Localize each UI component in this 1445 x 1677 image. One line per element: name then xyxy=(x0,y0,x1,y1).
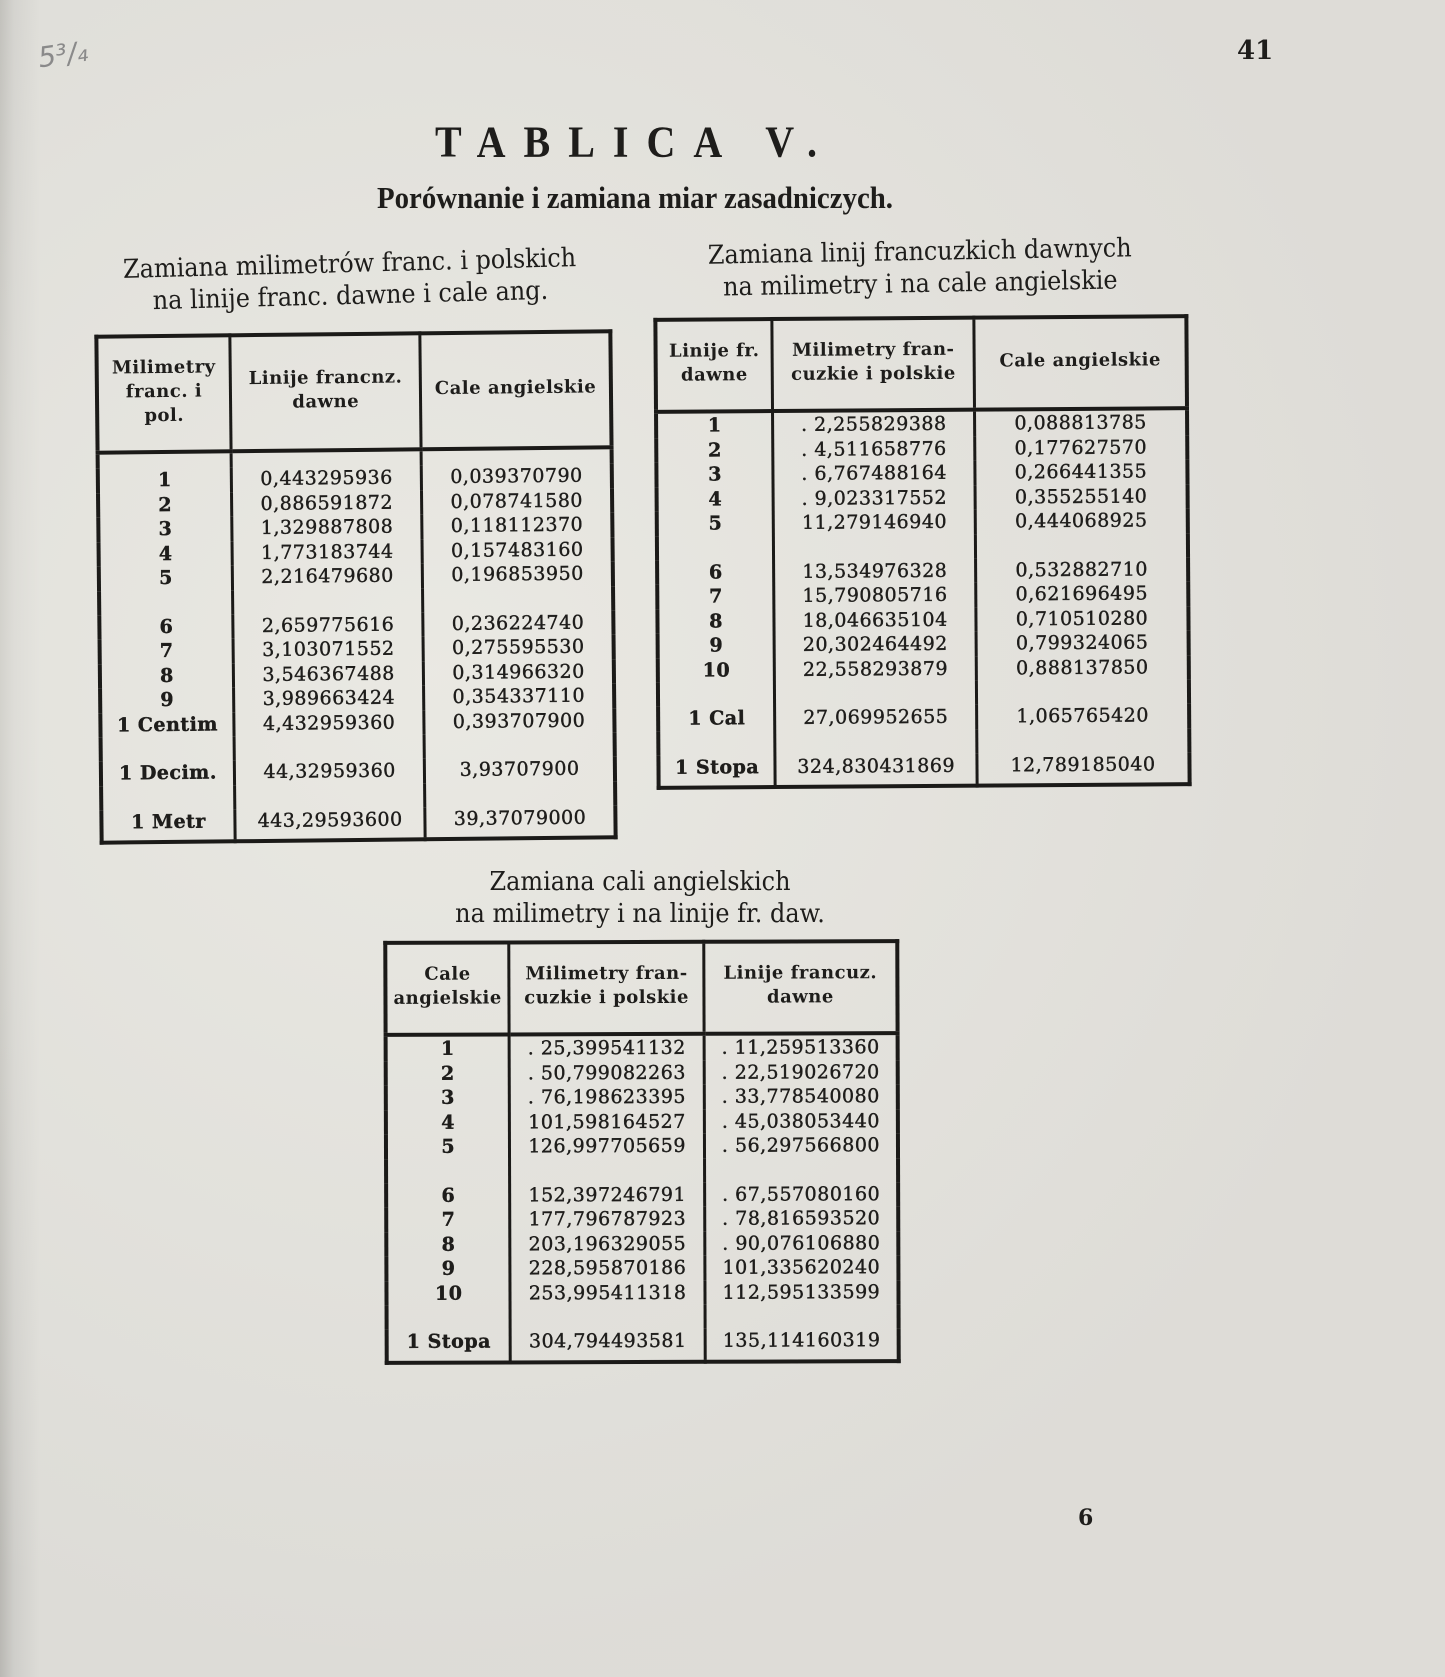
cell: 7 xyxy=(100,638,234,664)
cell: 27,069952655 xyxy=(775,705,977,731)
cell: 177,796787923 xyxy=(510,1207,705,1232)
cell: 126,997705659 xyxy=(510,1134,705,1159)
table-row: 6152,397246791. 67,557080160 xyxy=(386,1182,898,1208)
cell: 4 xyxy=(99,541,233,567)
column-header: Linije francuz. dawne xyxy=(704,941,898,1034)
cell: 0,118112370 xyxy=(422,512,612,538)
cell: 0,354337110 xyxy=(424,683,614,709)
cell: . 4,511658776 xyxy=(773,436,975,462)
cell: . 78,816593520 xyxy=(705,1206,899,1231)
cell: 9 xyxy=(386,1256,510,1281)
cell: 9 xyxy=(658,633,775,658)
cell: 0,177627570 xyxy=(975,435,1188,461)
cell: 1 xyxy=(656,411,773,438)
column-header: Cale angielskie xyxy=(974,316,1187,409)
cell: 0,532882710 xyxy=(976,557,1189,583)
cell: . 6,767488164 xyxy=(773,461,975,487)
cell: 8 xyxy=(386,1232,510,1257)
cell: . 11,259513360 xyxy=(704,1033,898,1060)
cell: 1,065765420 xyxy=(977,703,1190,729)
cell: 3 xyxy=(656,462,773,487)
mm-conversion-table: Milimetry franc. i pol. Linije francnz. … xyxy=(94,329,617,844)
sheet-signature-number: 6 xyxy=(1078,1505,1093,1531)
table-row: 4. 9,0233175520,355255140 xyxy=(657,484,1188,512)
cell: 1 Stopa xyxy=(658,755,775,788)
cell: 1,329887808 xyxy=(232,514,422,540)
cell: 0,314966320 xyxy=(424,659,614,685)
cell: 2 xyxy=(386,1061,510,1086)
cell: 1 xyxy=(386,1034,510,1061)
cell: 1 Decim. xyxy=(101,760,235,786)
cell: 1 Stopa xyxy=(387,1329,511,1362)
cell: 0,157483160 xyxy=(422,537,612,563)
table-row: 818,0466351040,710510280 xyxy=(657,606,1188,634)
cell: 3 xyxy=(98,516,232,542)
cell: 2 xyxy=(656,438,773,463)
cell: 15,790805716 xyxy=(774,583,976,609)
cell: 8 xyxy=(100,663,234,689)
cell: 0,275595530 xyxy=(423,634,613,660)
cell: 112,595133599 xyxy=(705,1280,899,1305)
cell: 3,103071552 xyxy=(233,636,423,662)
table-row: 10253,995411318112,595133599 xyxy=(386,1280,898,1306)
cell: . 90,076106880 xyxy=(705,1231,899,1256)
cell: 203,196329055 xyxy=(510,1231,705,1256)
table-row: 3. 76,198623395. 33,778540080 xyxy=(386,1084,898,1110)
cell: 6 xyxy=(386,1183,510,1208)
cell: 11,279146940 xyxy=(774,510,976,536)
table-row: 1 Metr443,2959360039,37079000 xyxy=(101,805,615,843)
cell: 7 xyxy=(386,1207,510,1232)
table-row: 613,5349763280,532882710 xyxy=(657,557,1188,585)
table-row: 715,7908057160,621696495 xyxy=(657,581,1188,609)
cell: . 67,557080160 xyxy=(705,1182,899,1207)
cell: 3,989663424 xyxy=(234,685,424,711)
cell: 18,046635104 xyxy=(774,607,976,633)
cell: 10 xyxy=(658,658,775,683)
cell: 304,794493581 xyxy=(510,1329,705,1362)
table-row: 4101,598164527. 45,038053440 xyxy=(386,1109,898,1135)
cell: 2 xyxy=(98,492,232,518)
cell: 324,830431869 xyxy=(775,753,977,787)
cell: 4 xyxy=(657,487,774,512)
cell: 12,789185040 xyxy=(977,752,1190,786)
table-row: 2. 50,799082263. 22,519026720 xyxy=(386,1060,898,1086)
cell: . 33,778540080 xyxy=(704,1084,898,1109)
cell: . 2,255829388 xyxy=(773,410,975,438)
cell: . 9,023317552 xyxy=(773,485,975,511)
cell: . 76,198623395 xyxy=(510,1085,705,1110)
column-header: Milimetry fran-cuzkie i polskie xyxy=(509,942,704,1035)
cell: 0,355255140 xyxy=(975,484,1188,510)
cell: 0,266441355 xyxy=(975,459,1188,485)
cell: 1 Cal xyxy=(658,706,775,731)
cell: 443,29593600 xyxy=(235,807,426,841)
cell: 0,393707900 xyxy=(424,708,614,734)
column-header: Cale angielskie xyxy=(385,942,509,1034)
cell: 1 Centim xyxy=(100,712,234,738)
cell: 3,546367488 xyxy=(233,661,423,687)
cell: 0,078741580 xyxy=(422,488,612,514)
cell: 1,773183744 xyxy=(232,539,422,565)
cell: 0,799324065 xyxy=(976,630,1189,656)
table-row: 2. 4,5116587760,177627570 xyxy=(656,435,1187,463)
table-row: 1 Stopa304,794493581135,114160319 xyxy=(387,1328,899,1362)
cell: 4 xyxy=(386,1110,510,1135)
column-header: Milimetry franc. i pol. xyxy=(96,335,231,452)
cell: 7 xyxy=(657,584,774,609)
cell: 101,598164527 xyxy=(510,1109,705,1134)
cell: 39,37079000 xyxy=(425,805,616,839)
cell: 5 xyxy=(657,511,774,536)
cell: . 25,399541132 xyxy=(509,1034,704,1061)
table-row: 1 Cal27,0699526551,065765420 xyxy=(658,703,1189,731)
cell: 10 xyxy=(386,1281,510,1306)
cell: 0,196853950 xyxy=(423,561,613,587)
table-row: 1 Stopa324,83043186912,789185040 xyxy=(658,752,1189,788)
cell: 0,443295936 xyxy=(231,465,421,491)
column-header: Milimetry fran-cuzkie i polskie xyxy=(772,318,974,411)
cell: 6 xyxy=(657,560,774,585)
cell: 9 xyxy=(100,687,234,713)
cell: 0,236224740 xyxy=(423,610,613,636)
column-header: Linije francnz. dawne xyxy=(230,333,421,451)
cell: 3,93707900 xyxy=(425,756,615,782)
cell: 5 xyxy=(386,1134,510,1159)
table-row: 5126,997705659. 56,297566800 xyxy=(386,1133,898,1159)
page-number: 41 xyxy=(1237,36,1273,66)
table-row: 9228,595870186101,335620240 xyxy=(386,1255,898,1281)
cell: 20,302464492 xyxy=(774,632,976,658)
table-3-caption: Zamiana cali angielskich na milimetry i … xyxy=(401,866,879,930)
cell: 101,335620240 xyxy=(705,1255,899,1280)
cell: 1 xyxy=(98,467,232,493)
cell: 228,595870186 xyxy=(510,1256,705,1281)
cell: 152,397246791 xyxy=(510,1182,705,1207)
cell: 0,886591872 xyxy=(232,490,422,516)
cell: 6 xyxy=(99,614,233,640)
cell: 5 xyxy=(99,565,233,591)
cell: . 22,519026720 xyxy=(704,1060,898,1085)
cell: 22,558293879 xyxy=(775,656,977,682)
cell: 1 Metr xyxy=(101,809,235,843)
page-title: TABLICA V. xyxy=(0,116,1270,168)
table-row: 920,3024644920,799324065 xyxy=(658,630,1189,658)
table-row: 511,2791469400,444068925 xyxy=(657,508,1188,536)
cell: . 45,038053440 xyxy=(704,1109,898,1134)
table-row: 1022,5582938790,888137850 xyxy=(658,655,1189,683)
column-header: Cale angielskie xyxy=(420,331,611,449)
pencil-annotation: 5³/₄ xyxy=(36,35,90,75)
table-row: 1. 25,399541132. 11,259513360 xyxy=(386,1033,898,1061)
cell: 0,088813785 xyxy=(975,408,1188,436)
table-row: 8203,196329055. 90,076106880 xyxy=(386,1231,898,1257)
cell: 8 xyxy=(657,609,774,634)
cell: 2,659775616 xyxy=(233,612,423,638)
cell: 0,444068925 xyxy=(975,508,1188,534)
table-1-caption: Zamiana milimetrów franc. i polskich na … xyxy=(92,241,609,318)
cell: 44,32959360 xyxy=(234,758,424,784)
cell: 253,995411318 xyxy=(510,1280,705,1305)
table-row: 3. 6,7674881640,266441355 xyxy=(656,459,1187,487)
cell: 0,621696495 xyxy=(976,581,1189,607)
cell: 135,114160319 xyxy=(705,1328,899,1361)
column-header: Linije fr. dawne xyxy=(655,319,772,412)
lines-conversion-table: Linije fr. dawne Milimetry fran-cuzkie i… xyxy=(653,314,1191,790)
cell: 3 xyxy=(386,1085,510,1110)
cell: 13,534976328 xyxy=(774,558,976,584)
table-row: 7177,796787923. 78,816593520 xyxy=(386,1206,898,1232)
cell: 0,710510280 xyxy=(976,606,1189,632)
inches-conversion-table: Cale angielskie Milimetry fran-cuzkie i … xyxy=(383,939,900,1364)
cell: 4,432959360 xyxy=(234,710,424,736)
cell: 0,039370790 xyxy=(422,463,612,489)
caption-line: Zamiana cali angielskich xyxy=(401,866,879,898)
table-2-caption: Zamiana linij francuzkich dawnych na mil… xyxy=(680,232,1159,304)
cell: 2,216479680 xyxy=(232,563,422,589)
cell: . 56,297566800 xyxy=(704,1133,898,1158)
caption-line: na milimetry i na linije fr. daw. xyxy=(401,898,879,930)
cell: . 50,799082263 xyxy=(510,1060,705,1085)
table-row: 1. 2,2558293880,088813785 xyxy=(656,408,1187,438)
cell: 0,888137850 xyxy=(976,655,1189,681)
page-subtitle: Porównanie i zamiana miar zasadniczych. xyxy=(44,180,1225,216)
